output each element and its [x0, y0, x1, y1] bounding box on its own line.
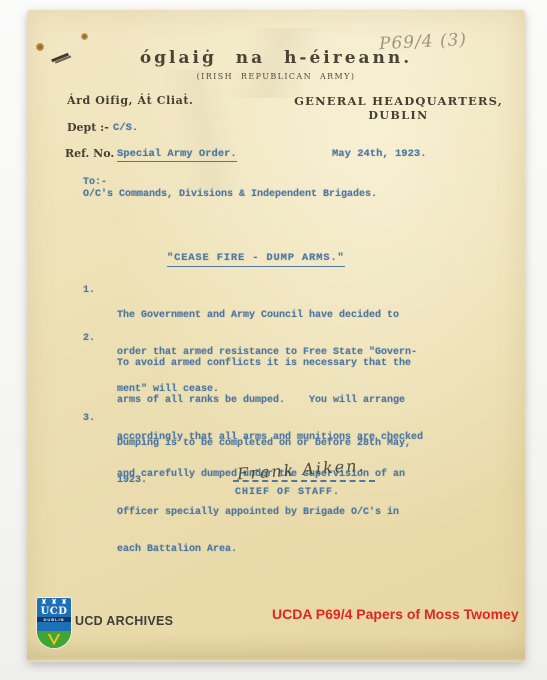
crest-green-base	[37, 631, 71, 648]
office-address-gaelic: Árd Oifig, Áṫ Cliaṫ.	[67, 94, 193, 107]
headquarters-block: GENERAL HEADQUARTERS, DUBLIN	[294, 94, 503, 122]
paragraph-line: The Government and Army Council have dec…	[117, 310, 417, 322]
castle-icon: ♜	[41, 599, 47, 606]
scanned-document-view: P69/4 (3) óglaiġ na h-éireann. (IRISH RE…	[0, 0, 547, 680]
ref-no-label: Ref. No.	[65, 147, 114, 160]
paragraph-number: 1.	[83, 285, 95, 296]
paper-fold-shadow	[27, 636, 525, 662]
paragraph-line: Dumping is to be completed on or before …	[117, 438, 411, 450]
dept-value: C/S.	[113, 122, 138, 134]
document-date: May 24th, 1923.	[332, 148, 427, 160]
ref-no-value: Special Army Order.	[117, 148, 237, 162]
ucd-archives-label: UCD ARCHIVES	[75, 614, 173, 628]
subject-heading: "CEASE FIRE - DUMP ARMS."	[167, 252, 345, 267]
harp-icon	[48, 634, 61, 646]
to-label: To:-	[83, 177, 107, 188]
collection-citation: UCDA P69/4 Papers of Moss Twomey	[272, 606, 519, 622]
headquarters-line: GENERAL HEADQUARTERS,	[294, 94, 503, 108]
headquarters-city: DUBLIN	[294, 109, 503, 122]
rust-pin-hole	[81, 33, 88, 40]
signatory-title: CHIEF OF STAFF.	[235, 487, 340, 498]
crest-city-text: DUBLIN	[37, 617, 71, 622]
masthead-subtitle: (IRISH REPUBLICAN ARMY)	[27, 72, 525, 81]
paragraph-number: 2.	[83, 333, 95, 344]
castle-icon: ♜	[61, 599, 67, 606]
dept-label: Dept :-	[67, 121, 109, 134]
document-page: P69/4 (3) óglaiġ na h-éireann. (IRISH RE…	[27, 10, 525, 662]
crest-org-text: UCD	[37, 606, 71, 617]
masthead-title-gaelic: óglaiġ na h-éireann.	[27, 48, 525, 68]
paragraph-line: To avoid armed conflicts it is necessary…	[117, 358, 423, 370]
paragraph-line: each Battalion Area.	[117, 544, 423, 556]
paragraph-line: arms of all ranks be dumped. You will ar…	[117, 395, 423, 407]
crest-castles-icon: ♜ ♜ ♜	[37, 598, 71, 606]
to-addressees: O/C's Commands, Divisions & Independent …	[83, 189, 377, 200]
castle-icon: ♜	[51, 599, 57, 606]
ucd-crest-logo: ♜ ♜ ♜ UCD DUBLIN	[37, 598, 71, 648]
signature-underline	[233, 480, 375, 482]
paragraph-number: 3.	[83, 413, 95, 424]
